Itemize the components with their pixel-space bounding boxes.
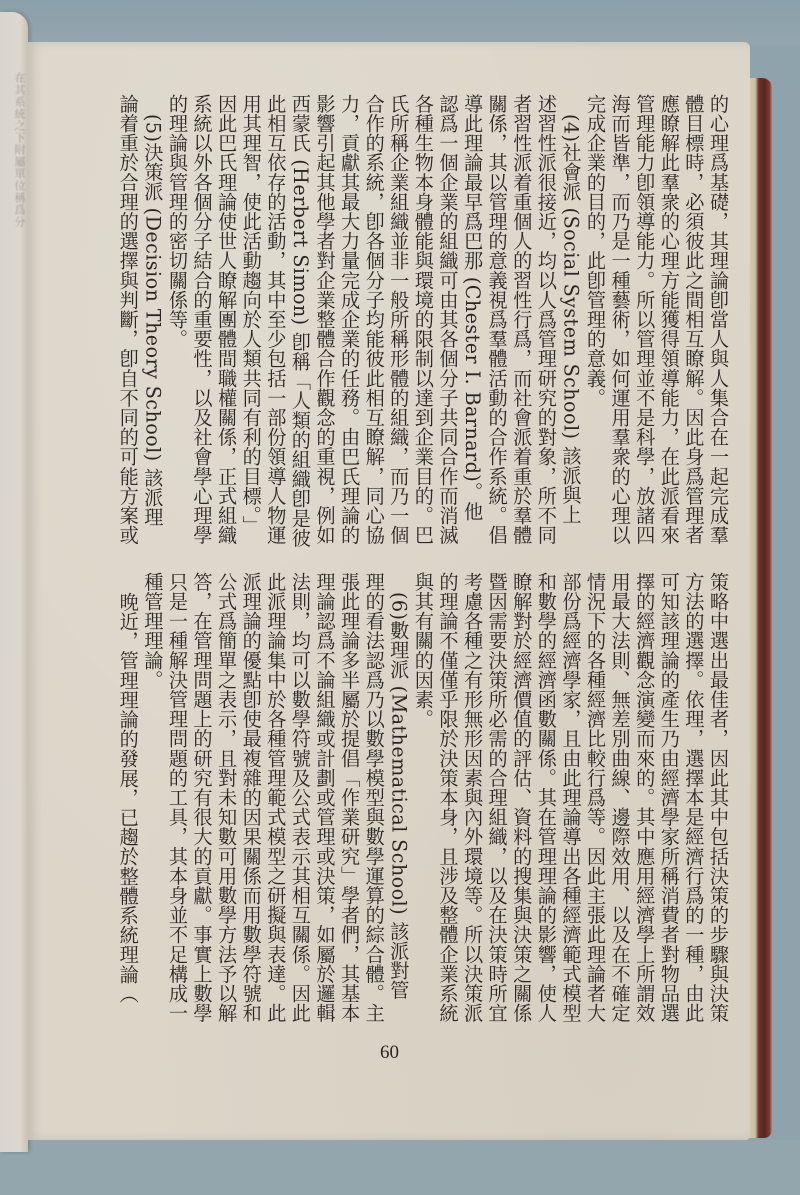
text-column: 因此巴氏理論使世人瞭解團體間職權關係，正式組織 xyxy=(214,94,239,544)
book-page: 的心理爲基礎，其理論卽當人與人集合在一起完成羣體目標時，必須彼此之間相互瞭解。因… xyxy=(28,42,750,1140)
text-column: 方法的選擇。依理，選擇本是經濟行爲的一種，由此 xyxy=(681,572,706,1022)
text-column: 瞭解對於經濟價值的評估、資料的搜集與決策之關係 xyxy=(509,572,534,1022)
previous-page-ghost-text: 在其系統之下附屬單位稱爲分 xyxy=(3,72,25,228)
text-column: 情況下的各種經濟比較行爲等。因此主張此理論者大 xyxy=(582,572,607,1022)
previous-page-edge: 在其系統之下附屬單位稱爲分 xyxy=(0,12,28,1152)
text-column: 理的看法認爲乃以數學模型與數學運算的綜合體。主 xyxy=(361,572,386,1022)
text-column: 種管理理論。 xyxy=(140,572,165,1022)
text-column: (4)社會派 (Social System School) 該派與上 xyxy=(558,94,583,544)
text-column: 述習性派很接近，均以人爲管理研究的對象，所不同 xyxy=(533,94,558,544)
text-column: 法則，均可以數學符號及公式表示其相互關係。因此 xyxy=(287,572,312,1022)
text-column: 公式爲簡單之表示，且對未知數可用數學方法予以解 xyxy=(214,572,239,1022)
text-column: 管理能力卽領導能力。所以管理並不是科學，放諸四 xyxy=(632,94,657,544)
text-column: 晚近，管理理論的發展，已趨於整體系統理論（ xyxy=(115,572,140,1022)
text-block-top: 的心理爲基礎，其理論卽當人與人集合在一起完成羣體目標時，必須彼此之間相互瞭解。因… xyxy=(90,94,730,544)
text-column: 與其有關的因素。 xyxy=(410,572,435,1022)
text-block-bottom: 策略中選出最佳者，因此其中包括決策的步驟與決策方法的選擇。依理，選擇本是經濟行爲… xyxy=(90,572,730,1022)
background-top xyxy=(0,0,800,45)
background-bottom xyxy=(0,1140,800,1195)
text-column: 答，在管理問題上的研究有很大的貢獻。事實上數學 xyxy=(189,572,214,1022)
text-column: 只是一種解決管理問題的工具，其本身並不足構成一 xyxy=(164,572,189,1022)
text-column: 擇的經濟觀念演變而來的。其中應用經濟學上所謂效 xyxy=(632,572,657,1022)
text-column: 理論認爲不論組織或計劃或管理或決策，如屬於邏輯 xyxy=(312,572,337,1022)
text-column: 力，貢獻其最大力量完成企業的任務。由巴氏理論的 xyxy=(337,94,362,544)
text-column: 導此理論最早爲巴那 (Chester I. Barnard)。他 xyxy=(459,94,484,544)
text-column: 認爲一個企業的組織可由其各個分子共同合作而消滅 xyxy=(435,94,460,544)
text-column: 策略中選出最佳者，因此其中包括決策的步驟與決策 xyxy=(705,572,730,1022)
text-column: 此相互依存的活動，其中至少包括一部份領導人物運 xyxy=(263,94,288,544)
page-number: 60 xyxy=(380,1042,399,1064)
text-column: 可知該理論的產生乃由經濟學家所稱消費者對物品選 xyxy=(656,572,681,1022)
text-column: 此派理論集中於各種管理範式模型之研擬與表達。此 xyxy=(263,572,288,1022)
text-column: 海而皆準，而乃是一種藝術，如何運用羣衆的心理以 xyxy=(607,94,632,544)
text-column: 派理論的優點卽使最複雜的因果關係而用數學符號和 xyxy=(238,572,263,1022)
text-column: 考慮各種之有形無形因素與內外環境等。所以決策派 xyxy=(459,572,484,1022)
text-column: 氏所稱企業組織並非一般所稱形體的組織，而乃一個 xyxy=(386,94,411,544)
text-column: 的理論不僅僅乎限於決策本身，且涉及整體企業系統 xyxy=(435,572,460,1022)
text-column: 應瞭解此羣衆的心理方能獲得領導能力，在此派看來 xyxy=(656,94,681,544)
text-column: 的理論與管理的密切關係等。 xyxy=(164,94,189,544)
text-column: 和數學的經濟函數關係。其在管理理論的影響，使人 xyxy=(533,572,558,1022)
text-column: 完成企業的目的，此卽管理的意義。 xyxy=(582,94,607,544)
text-column: 用其理智，使此活動趨向於人類共同有利的目標。」 xyxy=(238,94,263,544)
text-column: 暨因需要決策所必需的合理組織，以及在決策時所宜 xyxy=(484,572,509,1022)
text-column: 關係，其以管理的意義視爲羣體活動的合作系統。倡 xyxy=(484,94,509,544)
book-cover-edge xyxy=(748,78,772,1138)
text-column: 用最大法則、無差別曲線、邊際效用、以及在不確定 xyxy=(607,572,632,1022)
text-column: 影響引起其他學者對企業整體合作觀念的重視，例如 xyxy=(312,94,337,544)
text-column: 各種生物本身體能與環境的限制以達到企業目的。巴 xyxy=(410,94,435,544)
text-column: (6)數理派 (Mathematical School) 該派對管 xyxy=(386,572,411,1022)
text-column: 者習性派着重個人的習性行爲，而社會派着重於羣體 xyxy=(509,94,534,544)
text-column: 西蒙氏 (Herbert Simon) 卽稱「人類的組織卽是彼 xyxy=(287,94,312,544)
text-column: 張此理論多半屬於提倡「作業研究」學者們，其基本 xyxy=(337,572,362,1022)
text-column: 合作的系統，卽各個分子均能彼此相互瞭解，同心協 xyxy=(361,94,386,544)
text-column: 部份爲經濟學家，且由此理論導出各種經濟範式模型 xyxy=(558,572,583,1022)
text-column: 體目標時，必須彼此之間相互瞭解。因此身爲管理者 xyxy=(681,94,706,544)
text-column: 論着重於合理的選擇與判斷，卽自不同的可能方案或 xyxy=(115,94,140,544)
text-column: (5)決策派 (Decision Theory School) 該派理 xyxy=(140,94,165,544)
text-column: 的心理爲基礎，其理論卽當人與人集合在一起完成羣 xyxy=(705,94,730,544)
text-column: 系統以外各個分子結合的重要性，以及社會學心理學 xyxy=(189,94,214,544)
